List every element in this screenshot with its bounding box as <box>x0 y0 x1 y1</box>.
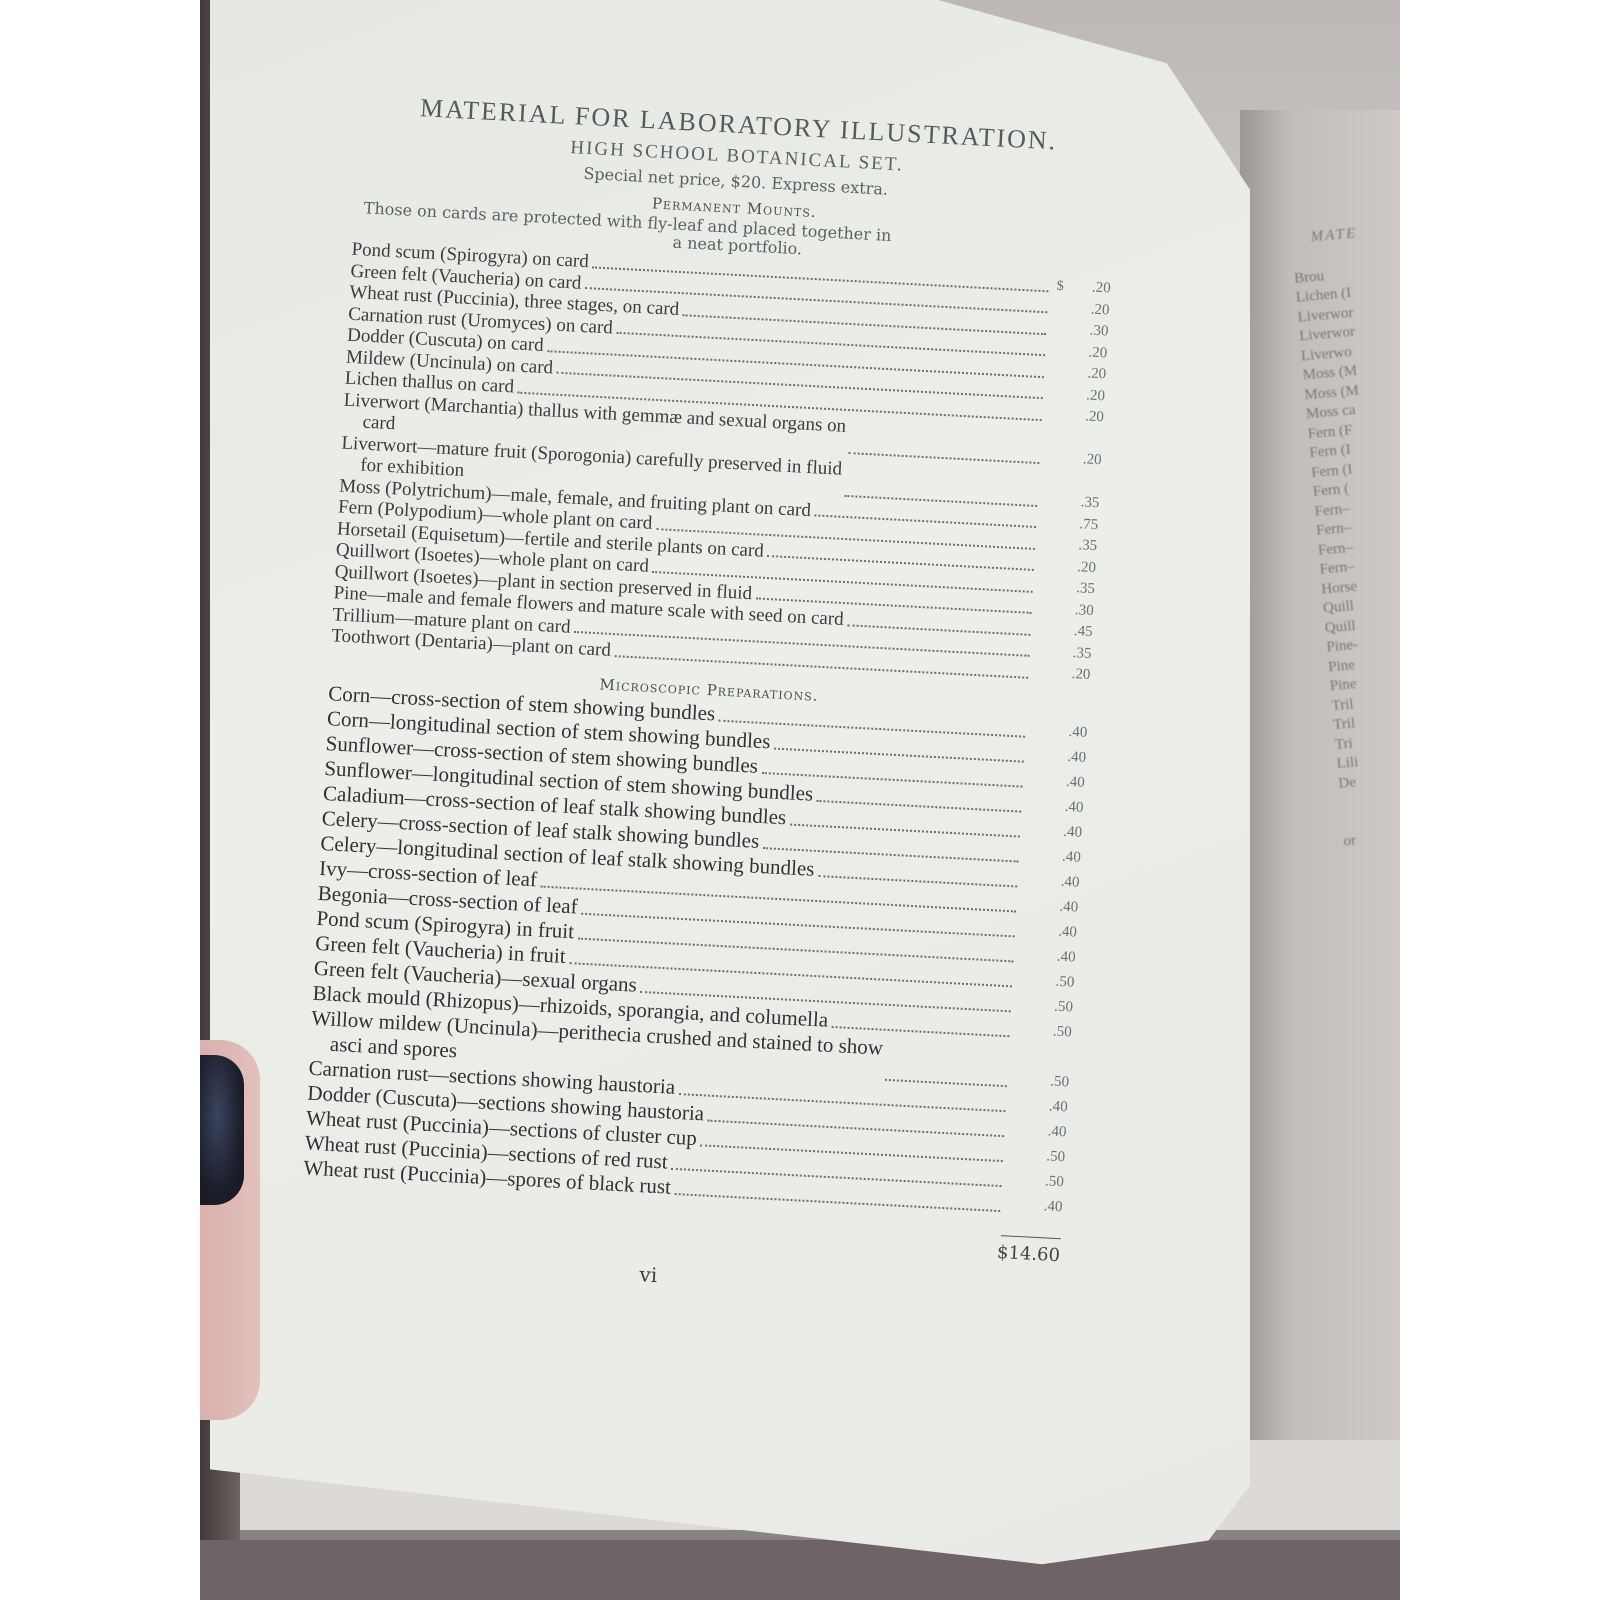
page-text: MATERIAL FOR LABORATORY ILLUSTRATION. HI… <box>298 90 1119 1308</box>
item-price: .40 <box>1036 843 1081 870</box>
item-price: .50 <box>1019 1168 1064 1195</box>
item-price: .40 <box>1018 1193 1063 1220</box>
item-price: .50 <box>1021 1143 1066 1170</box>
item-price: .35 <box>1055 491 1100 515</box>
item-price: .50 <box>1024 1068 1069 1095</box>
item-price: .75 <box>1054 512 1099 536</box>
table-surface <box>200 1540 1400 1600</box>
item-price: .50 <box>1030 968 1075 995</box>
item-price: .40 <box>1034 893 1079 920</box>
item-price: .20 <box>1059 405 1104 429</box>
item-price: .20 <box>1065 298 1110 322</box>
currency-symbol <box>1036 684 1046 685</box>
item-price: .40 <box>1043 718 1088 745</box>
item-price: .30 <box>1049 598 1094 622</box>
item-price: .40 <box>1022 1118 1067 1145</box>
item-price: .35 <box>1050 577 1095 601</box>
item-price: .20 <box>1051 555 1096 579</box>
item-price: .35 <box>1053 534 1098 558</box>
item-price: .40 <box>1039 793 1084 820</box>
item-price: .20 <box>1063 341 1108 365</box>
dot-leader <box>615 655 1029 679</box>
item-price: .20 <box>1060 384 1105 408</box>
item-price: .40 <box>1041 743 1086 770</box>
currency-symbol <box>1008 1217 1018 1218</box>
dot-leader <box>675 1192 1001 1211</box>
microscopic-list: Corn—cross-section of stem showing bundl… <box>303 681 1088 1220</box>
item-price: .20 <box>1066 276 1111 300</box>
photo-frame: MATERIAL FOR LABORATORY ILLUSTRATION. HI… <box>200 0 1400 1600</box>
item-price: .40 <box>1023 1093 1068 1120</box>
item-price: .40 <box>1038 818 1083 845</box>
item-price: .35 <box>1047 641 1092 665</box>
item-price: .40 <box>1031 943 1076 970</box>
item-price: .30 <box>1064 319 1109 343</box>
item-price: .50 <box>1027 1018 1072 1045</box>
item-price: .40 <box>1040 768 1085 795</box>
fingernail <box>200 1055 244 1205</box>
item-price: .40 <box>1035 868 1080 895</box>
item-price: .45 <box>1048 620 1093 644</box>
item-price: .40 <box>1032 918 1077 945</box>
permanent-mounts-list: Pond scum (Spirogyra) on card$.20Green f… <box>331 239 1111 687</box>
item-price: .20 <box>1057 448 1102 472</box>
item-price: .20 <box>1062 362 1107 386</box>
total-rule <box>1001 1235 1061 1239</box>
item-price: .50 <box>1028 993 1073 1020</box>
item-price: .20 <box>1046 663 1091 687</box>
